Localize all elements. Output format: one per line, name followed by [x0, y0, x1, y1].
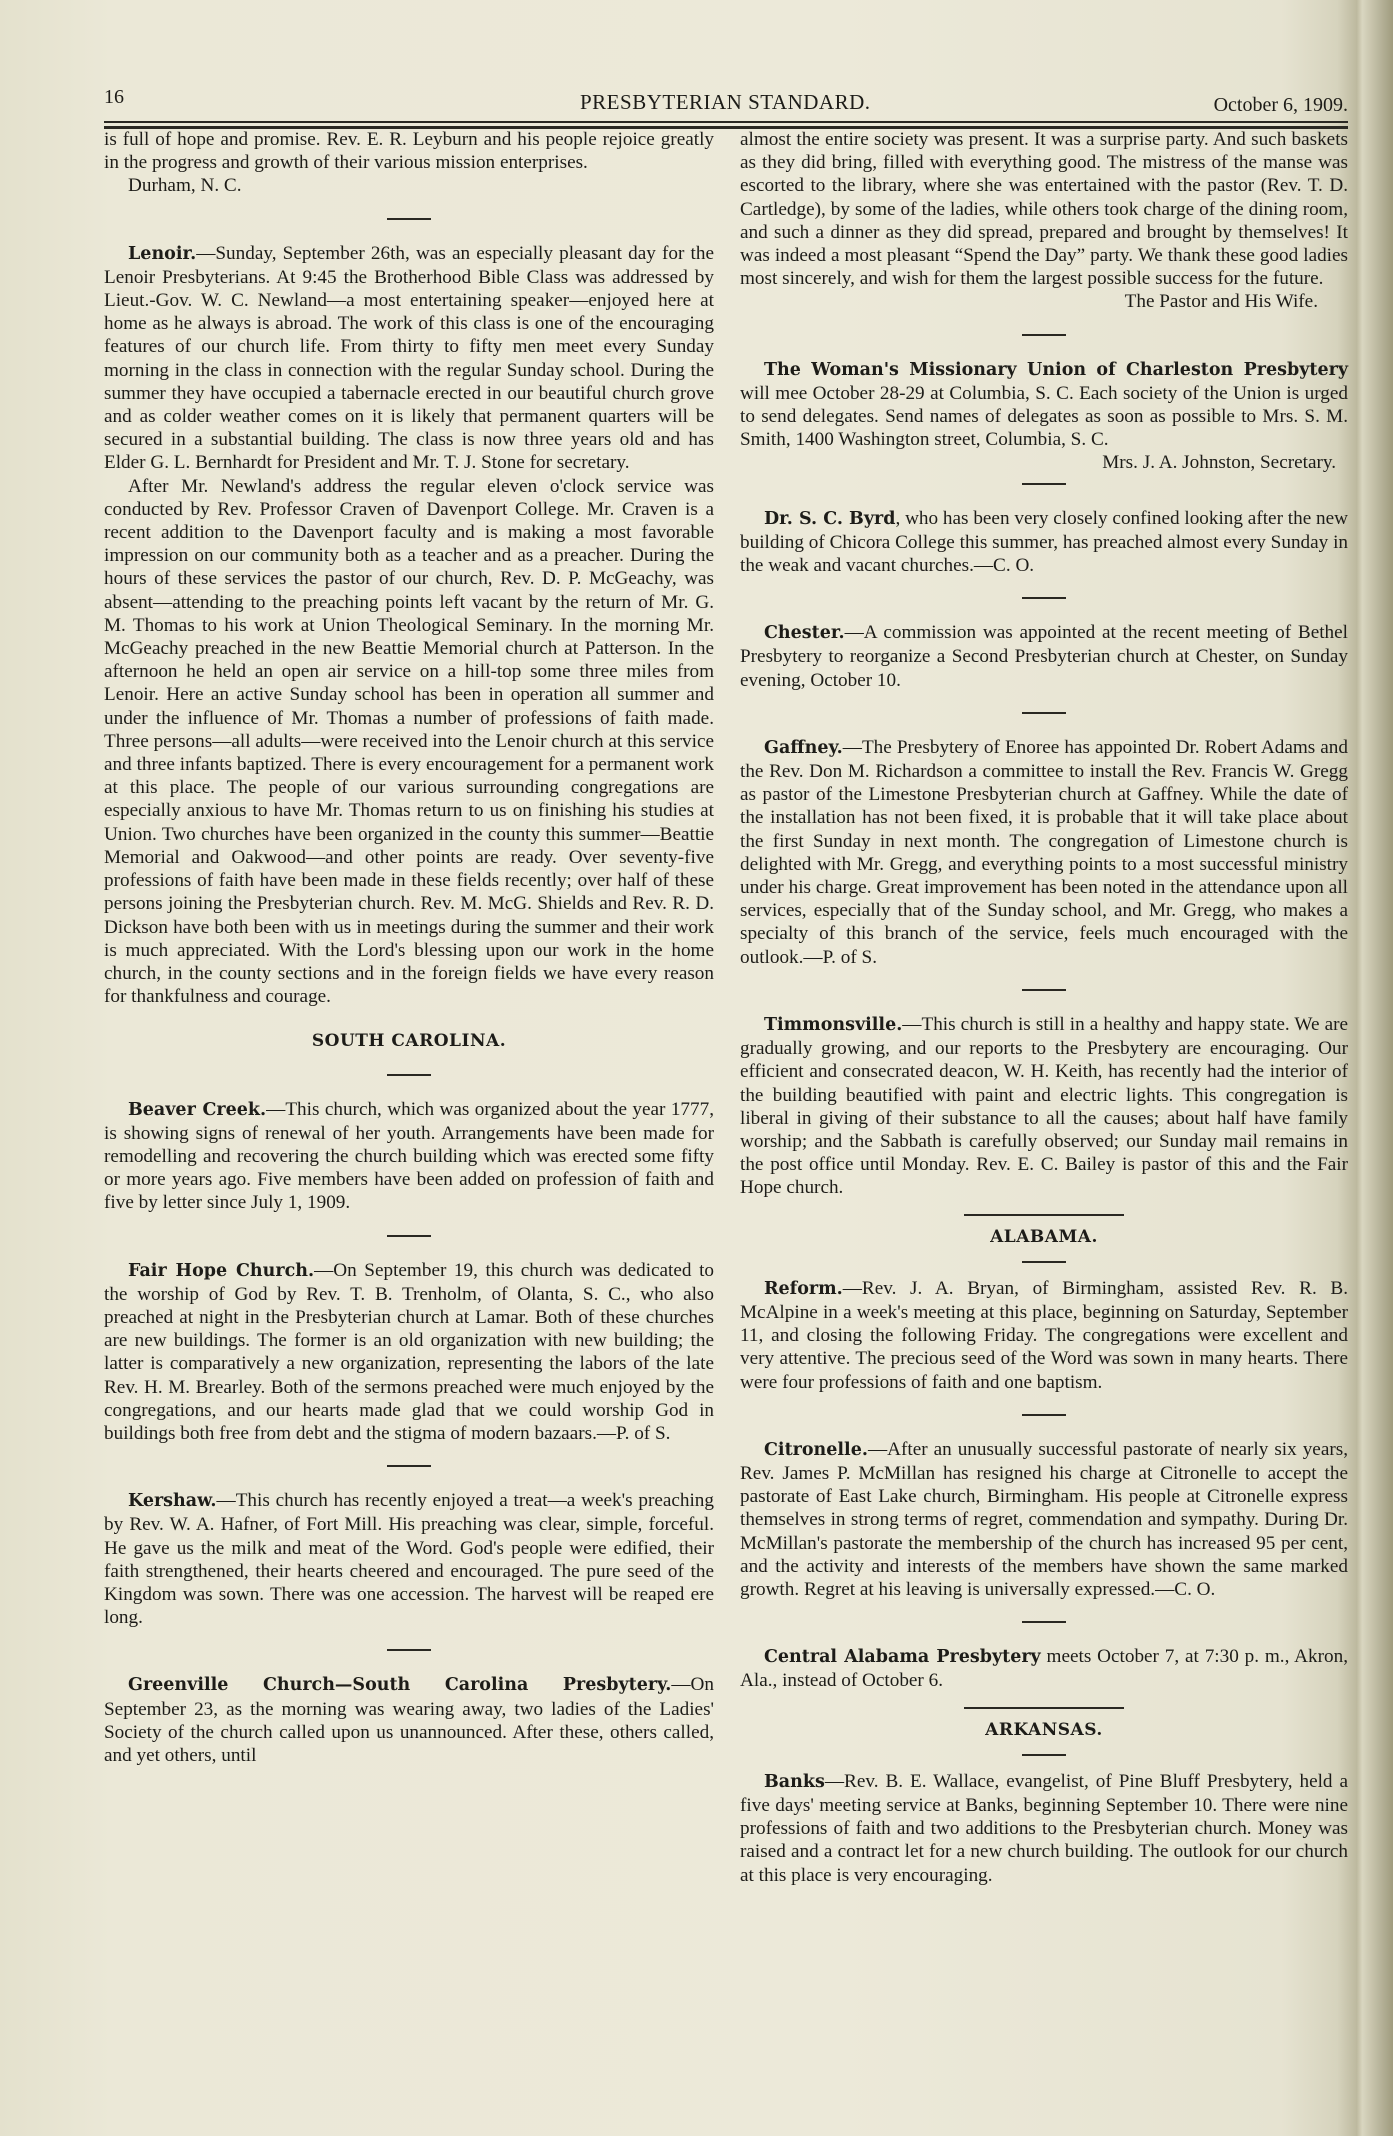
- divider: [387, 1235, 431, 1237]
- divider: [387, 1649, 431, 1651]
- article-fair-hope: Fair Hope Church.—On September 19, this …: [104, 1259, 714, 1446]
- divider: [1022, 712, 1066, 714]
- divider: [1022, 989, 1066, 991]
- header-rule: [104, 121, 1348, 123]
- article-reform: Reform.—Rev. J. A. Bryan, of Birmingham,…: [740, 1277, 1348, 1394]
- article-title: Reform.: [764, 1279, 843, 1299]
- article-title: Central Alabama Presbytery: [764, 1647, 1041, 1667]
- signature: Mrs. J. A. Johnston, Secretary.: [740, 451, 1348, 474]
- article-chester: Chester.—A commission was appointed at t…: [740, 621, 1348, 692]
- divider: [1022, 1414, 1066, 1416]
- article-central-alabama: Central Alabama Presbytery meets October…: [740, 1645, 1348, 1692]
- divider: [387, 1074, 431, 1076]
- section-heading-south-carolina: SOUTH CAROLINA.: [104, 1030, 714, 1053]
- article-title: Chester.: [764, 623, 845, 643]
- signature: The Pastor and His Wife.: [740, 290, 1348, 313]
- article-lenoir-cont: After Mr. Newland's address the regular …: [104, 475, 714, 1009]
- article-greenville-cont: almost the entire society was present. I…: [740, 128, 1348, 290]
- divider: [1022, 1261, 1066, 1263]
- article-body: —On September 19, this church was dedica…: [104, 1260, 714, 1444]
- article-timmonsville: Timmonsville.—This church is still in a …: [740, 1013, 1348, 1200]
- page-number: 16: [104, 86, 124, 109]
- divider: [387, 218, 431, 220]
- article-body: —The Presbytery of Enoree has appointed …: [740, 737, 1348, 968]
- masthead: PRESBYTERIAN STANDARD.: [580, 90, 871, 115]
- right-column: almost the entire society was present. I…: [740, 128, 1348, 1887]
- article-byrd: Dr. S. C. Byrd, who has been very closel…: [740, 507, 1348, 578]
- article-title: Timmonsville.: [764, 1015, 902, 1035]
- section-rule: [964, 1214, 1124, 1216]
- newspaper-page: 16 PRESBYTERIAN STANDARD. October 6, 190…: [0, 0, 1393, 2136]
- section-rule: [964, 1707, 1124, 1709]
- divider: [1022, 334, 1066, 336]
- article-lenoir: Lenoir.—Sunday, September 26th, was an e…: [104, 242, 714, 475]
- article-body: —After an unusually successful pastorate…: [740, 1439, 1348, 1600]
- article-body: —Sunday, September 26th, was an especial…: [104, 243, 714, 474]
- article-body: —Rev. B. E. Wallace, evangelist, of Pine…: [740, 1771, 1348, 1886]
- article-title: The Woman's Missionary Union of Charlest…: [764, 360, 1348, 380]
- article-title: Greenville Church—South Carolina Presbyt…: [128, 1675, 671, 1695]
- section-heading-alabama: ALABAMA.: [740, 1226, 1348, 1249]
- article-title: Citronelle.: [764, 1440, 868, 1460]
- article-title: Gaffney.: [764, 738, 843, 758]
- article-womans-union: The Woman's Missionary Union of Charlest…: [740, 358, 1348, 452]
- article-banks: Banks—Rev. B. E. Wallace, evangelist, of…: [740, 1770, 1348, 1887]
- article-title: Beaver Creek.: [128, 1100, 266, 1120]
- article-kershaw: Kershaw.—This church has recently enjoye…: [104, 1489, 714, 1629]
- section-heading-arkansas: ARKANSAS.: [740, 1719, 1348, 1742]
- article-greenville: Greenville Church—South Carolina Presbyt…: [104, 1673, 714, 1767]
- page-header: 16 PRESBYTERIAN STANDARD. October 6, 190…: [104, 82, 1348, 120]
- article-title: Lenoir.: [128, 244, 196, 264]
- article-title: Fair Hope Church.: [128, 1261, 314, 1281]
- left-column: is full of hope and promise. Rev. E. R. …: [104, 128, 714, 1767]
- divider: [1022, 597, 1066, 599]
- article-gaffney: Gaffney.—The Presbytery of Enoree has ap…: [740, 736, 1348, 969]
- dateline: Durham, N. C.: [104, 174, 714, 197]
- divider: [1022, 1621, 1066, 1623]
- article-title: Dr. S. C. Byrd: [764, 509, 895, 529]
- article-continuation: is full of hope and promise. Rev. E. R. …: [104, 128, 714, 174]
- article-citronelle: Citronelle.—After an unusually successfu…: [740, 1438, 1348, 1601]
- article-title: Banks: [764, 1772, 825, 1792]
- article-title: Kershaw.: [128, 1491, 217, 1511]
- article-beaver-creek: Beaver Creek.—This church, which was org…: [104, 1098, 714, 1215]
- divider: [1022, 1754, 1066, 1756]
- article-body: will mee October 28-29 at Columbia, S. C…: [740, 383, 1348, 450]
- divider: [387, 1465, 431, 1467]
- article-body: —This church is still in a healthy and h…: [740, 1014, 1348, 1198]
- issue-date: October 6, 1909.: [1214, 94, 1348, 117]
- divider: [1022, 483, 1066, 485]
